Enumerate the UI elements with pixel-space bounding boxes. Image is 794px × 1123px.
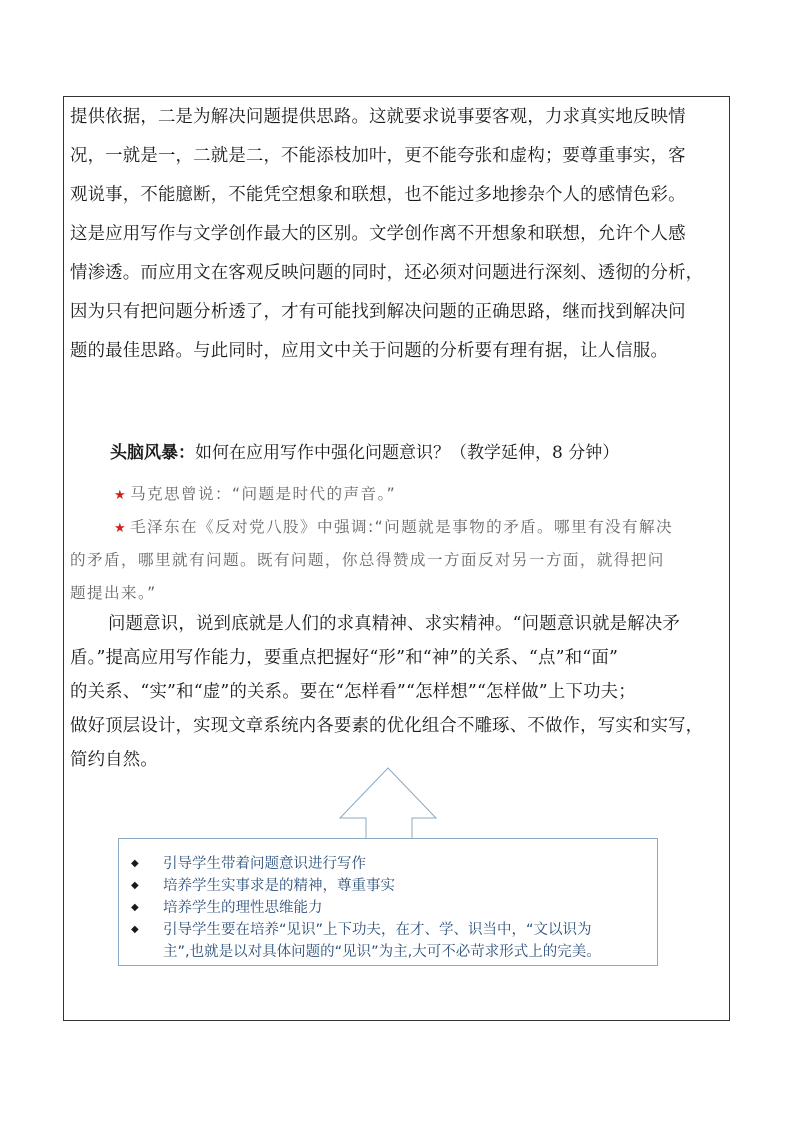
diamond-bullet-icon: ◆ — [131, 919, 139, 941]
text-line: 的关系、“实”和“虚”的关系。要在“怎样看”“怎样想”“怎样做”上下功夫； — [70, 675, 725, 709]
list-item: ◆培养学生的理性思维能力 — [131, 897, 657, 919]
text-line: 情渗透。而应用文在客观反映问题的同时，还必须对问题进行深刻、透彻的分析， — [70, 254, 725, 293]
text-line: 这是应用写作与文学创作最大的区别。文学创作离不开想象和联想，允许个人感 — [70, 215, 725, 254]
quote-mao: ★毛泽东在《反对党八股》中强调:“问题就是事物的矛盾。哪里有没有解决 的矛盾，哪… — [70, 511, 725, 610]
text-line: 问题意识，说到底就是人们的求真精神、求实精神。“问题意识就是解决矛 — [70, 607, 725, 641]
quote-marx: ★马克思曾说：“问题是时代的声音。” — [70, 478, 725, 511]
brainstorm-question: 如何在应用写作中强化问题意识？（教学延伸，8 分钟） — [195, 443, 619, 463]
text-line: 因为只有把问题分析透了，才有可能找到解决问题的正确思路，继而找到解决问 — [70, 293, 725, 332]
text-line: 况，一就是一，二就是二，不能添枝加叶，更不能夸张和虚构；要尊重事实，客 — [70, 137, 725, 176]
up-arrow-icon — [330, 762, 450, 842]
quote-text: 马克思曾说：“问题是时代的声音。” — [130, 485, 396, 503]
top-paragraph: 提供依据，二是为解决问题提供思路。这就要求说事要客观，力求真实地反映情 况，一就… — [70, 98, 725, 371]
diamond-bullet-icon: ◆ — [131, 897, 139, 919]
quote-text: 题提出来。” — [70, 577, 725, 610]
body-paragraph: 问题意识，说到底就是人们的求真精神、求实精神。“问题意识就是解决矛 盾。”提高应… — [70, 607, 725, 777]
text-line: 提供依据，二是为解决问题提供思路。这就要求说事要客观，力求真实地反映情 — [70, 98, 725, 137]
list-item: ◆引导学生带着问题意识进行写作 — [131, 853, 657, 875]
brainstorm-label: 头脑风暴： — [110, 443, 195, 463]
list-item: ◆培养学生实事求是的精神，尊重事实 — [131, 875, 657, 897]
brainstorm-heading: 头脑风暴：如何在应用写作中强化问题意识？（教学延伸，8 分钟） — [110, 438, 619, 463]
callout-list: ◆引导学生带着问题意识进行写作 ◆培养学生实事求是的精神，尊重事实 ◆培养学生的… — [119, 839, 657, 963]
star-icon: ★ — [114, 521, 127, 536]
callout-box: ◆引导学生带着问题意识进行写作 ◆培养学生实事求是的精神，尊重事实 ◆培养学生的… — [118, 838, 658, 966]
text-line: 做好顶层设计，实现文章系统内各要素的优化组合不雕琢、不做作，写实和实写， — [70, 709, 725, 743]
diamond-bullet-icon: ◆ — [131, 853, 139, 875]
list-item: ◆引导学生要在培养“见识”上下功夫，在才、学、识当中，“文以识为主”,也就是以对… — [131, 919, 657, 963]
quote-text: 毛泽东在《反对党八股》中强调:“问题就是事物的矛盾。哪里有没有解决 — [130, 518, 673, 536]
diamond-bullet-icon: ◆ — [131, 875, 139, 897]
text-line: 盾。”提高应用写作能力，要重点把握好“形”和“神”的关系、“点”和“面” — [70, 641, 725, 675]
star-icon: ★ — [114, 488, 127, 503]
text-line: 题的最佳思路。与此同时，应用文中关于问题的分析要有理有据，让人信服。 — [70, 332, 725, 371]
text-line: 观说事，不能臆断，不能凭空想象和联想，也不能过多地掺杂个人的感情色彩。 — [70, 176, 725, 215]
quote-text: 的矛盾，哪里就有问题。既有问题，你总得赞成一方面反对另一方面，就得把问 — [70, 544, 725, 577]
